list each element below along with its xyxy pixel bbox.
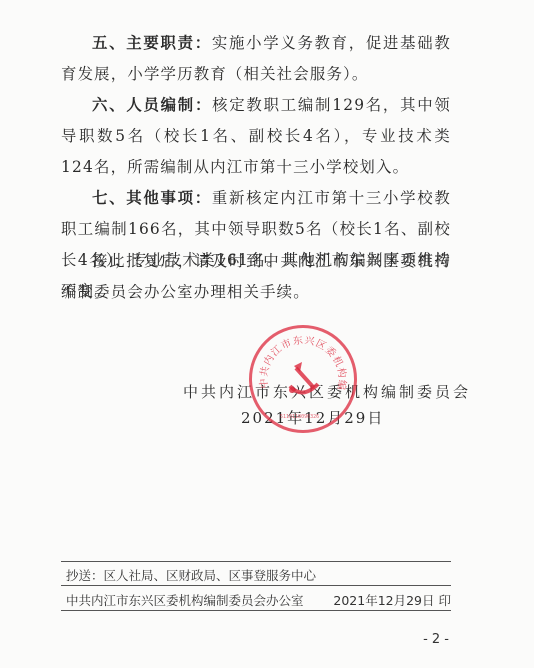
paragraph-heading: 六、人员编制： (92, 96, 212, 114)
signature-organization: 中共内江市东兴区委机构编制委员会 (183, 381, 471, 402)
issuing-office: 中共内江市东兴区委机构编制委员会办公室 (66, 591, 304, 609)
paragraph-duties: 五、主要职责：实施小学义务教育，促进基础教育发展，小学学历教育（相关社会服务）。 (61, 28, 451, 90)
document-page: 五、主要职责：实施小学义务教育，促进基础教育发展，小学学历教育（相关社会服务）。… (0, 0, 534, 668)
page-number: - 2 - (423, 632, 449, 647)
paragraph-instructions: 接此批复后，请及时到中共内江市东兴区委机构编制委员会办公室办理相关手续。 (61, 246, 451, 308)
print-date: 2021年12月29日 印 (333, 591, 451, 609)
cc-list: 抄送：区人社局、区财政局、区事登服务中心 (66, 566, 316, 584)
paragraph-body: 接此批复后，请及时到中共内江市东兴区委机构编制委员会办公室办理相关手续。 (61, 252, 451, 301)
signature-date: 2021年12月29日 (241, 407, 384, 428)
paragraph-staffing: 六、人员编制：核定教职工编制129名，其中领导职数5名（校长1名、副校长4名），… (61, 90, 451, 183)
divider (61, 610, 451, 611)
paragraph-heading: 五、主要职责： (92, 34, 212, 52)
paragraph-heading: 七、其他事项： (92, 189, 212, 207)
divider (61, 585, 451, 586)
divider (61, 561, 451, 562)
